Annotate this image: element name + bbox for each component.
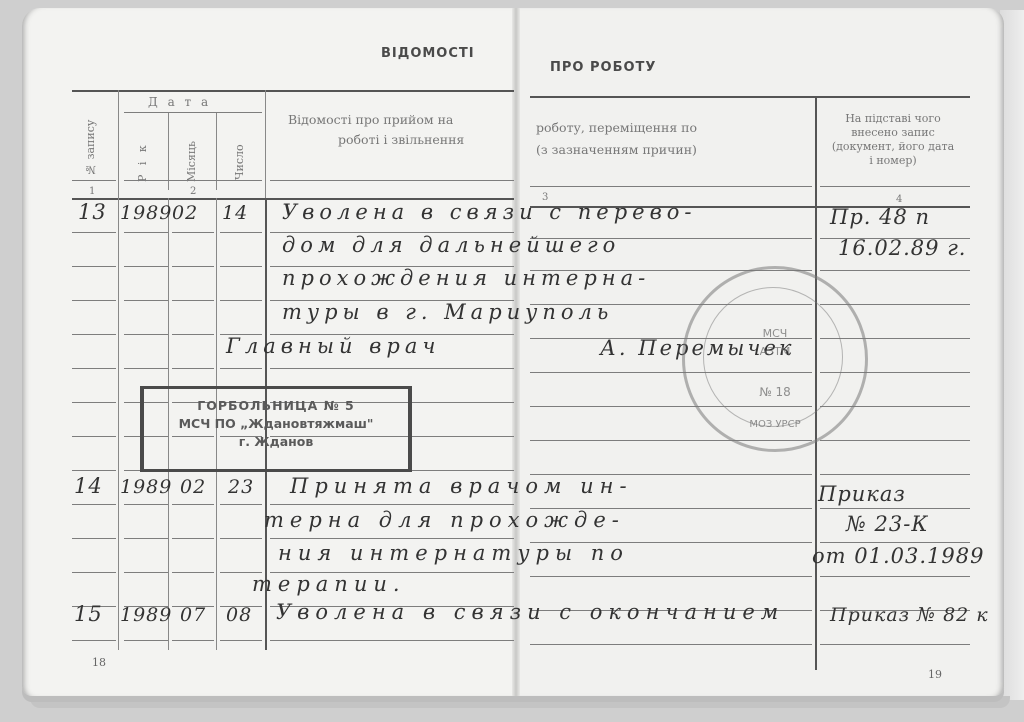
ruled-line (530, 576, 812, 577)
colnum-rule-3 (270, 180, 514, 181)
ruled-line (72, 470, 116, 471)
entry-14-text-2: терна для прохожде- (264, 508, 625, 532)
ruled-line (530, 644, 812, 645)
col-divider-year (168, 112, 169, 190)
entry-13-text-2: дом для дальнейшего (282, 233, 620, 257)
ruled-line (220, 368, 262, 369)
header-info-left-1: Відомості про прийом на (288, 110, 453, 130)
ruled-line (72, 436, 116, 437)
col-divider-date (265, 90, 266, 200)
ruled-line (172, 368, 214, 369)
hospital-stamp-line1: ГОРБОЛЬНИЦА № 5 (144, 397, 408, 415)
ruled-line (172, 266, 214, 267)
entry-15-day: 08 (226, 604, 252, 626)
ruled-line (72, 368, 116, 369)
column-number-2: 2 (190, 186, 196, 197)
round-seal-line2: АЗТМ (685, 345, 865, 358)
ruled-line (220, 640, 262, 641)
col-divider-body (118, 198, 119, 650)
col-divider-basis-header (815, 98, 817, 204)
ruled-line (820, 576, 970, 577)
ruled-line (820, 270, 970, 271)
ruled-line (72, 538, 116, 539)
ruled-line (172, 232, 214, 233)
entry-13-text-1: Уволена в связи с перево- (282, 200, 697, 224)
entry-14-basis-1: Приказ (818, 482, 906, 506)
ruled-line (172, 504, 214, 505)
right-page-title: ПРО РОБОТУ (550, 60, 656, 75)
ruled-line (820, 542, 970, 543)
round-seal-line3: № 18 (685, 385, 865, 399)
round-seal-stamp: МСЧ АЗТМ № 18 МОЗ УРСР (682, 266, 868, 452)
header-basis-3: (документ, його дата (818, 140, 968, 154)
entry-14-month: 02 (180, 476, 206, 498)
entry-13-year: 1989 (120, 202, 172, 224)
ruled-line (172, 300, 214, 301)
hospital-stamp: ГОРБОЛЬНИЦА № 5 МСЧ ПО „Ждановтяжмаш" г.… (140, 386, 412, 472)
ruled-line (172, 572, 214, 573)
ruled-line (72, 334, 116, 335)
header-basis-2: внесено запис (818, 126, 968, 140)
entry-14-day: 23 (228, 476, 254, 498)
entry-15-text-1: Уволена в связи с окончанием (276, 600, 784, 624)
header-year: Р і к (136, 126, 149, 182)
header-top-rule-left (72, 90, 514, 92)
entry-14-text-4: терапии. (252, 572, 406, 596)
entry-15-month: 07 (180, 604, 206, 626)
entry-13-basis-1: Пр. 48 п (830, 205, 930, 229)
left-page-title: ВІДОМОСТІ (381, 46, 475, 61)
entry-13-basis-2: 16.02.89 г. (838, 236, 966, 260)
colnum-rule-2 (124, 180, 262, 181)
ruled-line (172, 334, 214, 335)
header-info-right-2: (з зазначенням причин) (536, 140, 697, 160)
entry-14-text-1: Принята врачом ин- (290, 474, 633, 498)
entry-13-month: 02 (172, 202, 198, 224)
ruled-line (124, 266, 168, 267)
entry-13-text-4: туры в г. Мариуполь (282, 300, 613, 324)
ruled-line (124, 504, 168, 505)
header-day: Число (233, 120, 246, 180)
date-subheader-rule (124, 112, 262, 113)
ruled-line (220, 300, 262, 301)
ruled-line (72, 402, 116, 403)
header-basis-4: і номер) (818, 154, 968, 168)
round-seal-ring-text: МОЗ УРСР (685, 419, 865, 430)
ruled-line (820, 474, 970, 475)
entry-14-text-3: ния интернатуры по (278, 541, 629, 565)
entry-13-record-no: 13 (78, 200, 107, 224)
col-divider-month (216, 112, 217, 190)
ruled-line (172, 640, 214, 641)
ruled-line (820, 644, 970, 645)
entry-14-basis-2: № 23-К (846, 512, 929, 536)
ruled-line (124, 300, 168, 301)
colnum-rule-1 (72, 180, 116, 181)
ruled-line (270, 538, 514, 539)
ruled-line (220, 266, 262, 267)
column-number-4: 4 (896, 194, 902, 205)
entry-15-basis-1: Приказ № 82 к (830, 604, 989, 626)
entry-14-year: 1989 (120, 476, 172, 498)
ruled-line (220, 232, 262, 233)
ruled-line (124, 334, 168, 335)
ruled-line (270, 640, 514, 641)
ruled-line (820, 440, 970, 441)
header-info-right-1: роботу, переміщення по (536, 118, 697, 138)
ruled-line (72, 266, 116, 267)
round-seal-line1: МСЧ (685, 327, 865, 340)
ruled-line (72, 232, 116, 233)
ruled-line (124, 232, 168, 233)
colnum-rule-5 (820, 186, 970, 187)
left-page-number: 18 (92, 656, 106, 669)
ruled-line (124, 572, 168, 573)
ruled-line (124, 368, 168, 369)
ruled-line (72, 572, 116, 573)
ruled-line (124, 640, 168, 641)
ruled-line (124, 538, 168, 539)
header-basis: На підставі чого внесено запис (документ… (818, 112, 968, 168)
ruled-line (72, 300, 116, 301)
entry-13-text-5: Главный врач (226, 334, 440, 358)
book-bottom-edge (30, 696, 1010, 708)
entry-13-text-3: прохождения интерна- (282, 266, 650, 290)
right-page-number: 19 (928, 668, 942, 681)
entry-15-record-no: 15 (74, 602, 103, 626)
ruled-line (220, 538, 262, 539)
ruled-line (72, 640, 116, 641)
entry-14-basis-3: от 01.03.1989 (812, 544, 984, 568)
entry-14-record-no: 14 (74, 474, 103, 498)
header-info-left-2: роботі і звільнення (338, 130, 464, 150)
hospital-stamp-line3: г. Жданов (144, 433, 408, 451)
ruled-line (220, 504, 262, 505)
col-divider-recordno (118, 90, 119, 200)
hospital-stamp-line2: МСЧ ПО „Ждановтяжмаш" (144, 415, 408, 433)
ruled-line (72, 504, 116, 505)
ruled-line (270, 368, 514, 369)
column-number-1: 1 (89, 186, 95, 197)
header-basis-1: На підставі чого (818, 112, 968, 126)
header-date: Д а т а (148, 92, 211, 112)
header-record-no: № запису (84, 100, 97, 176)
header-month: Місяць (185, 122, 198, 182)
entry-15-year: 1989 (120, 604, 172, 626)
ruled-line (820, 508, 970, 509)
entry-13-day: 14 (222, 202, 248, 224)
ruled-line (172, 538, 214, 539)
book-gutter (512, 8, 520, 696)
ruled-line (270, 504, 514, 505)
colnum-rule-4 (530, 186, 812, 187)
header-top-rule-right (530, 96, 970, 98)
